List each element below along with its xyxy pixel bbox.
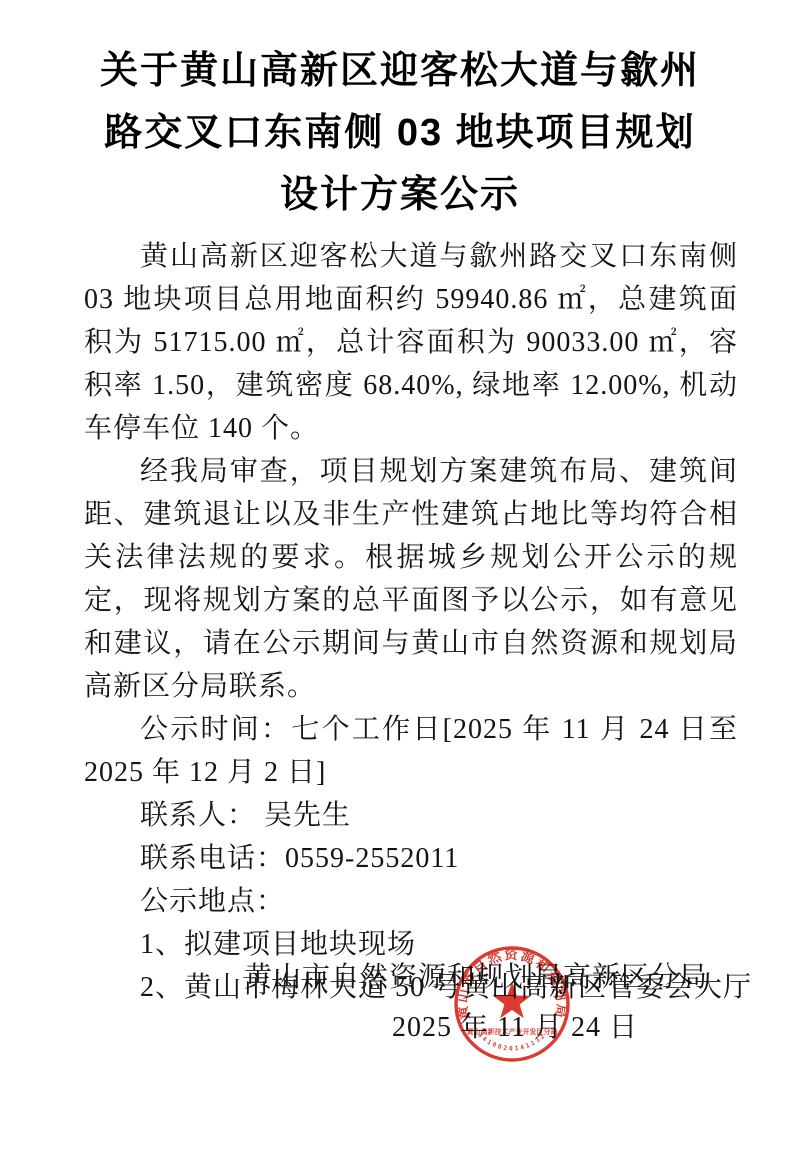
paragraph-review-statement: 经我局审查，项目规划方案建筑布局、建筑间距、建筑退让以及非生产性建筑占地比等均符… (84, 450, 738, 708)
contact-phone-line: 联系电话：0559-2552011 (84, 837, 738, 880)
notice-page: 关于黄山高新区迎客松大道与歙州 路交叉口东南侧 03 地块项目规划 设计方案公示… (0, 0, 800, 1167)
title-line-3: 设计方案公示 (0, 164, 800, 226)
signature-block: 黄山市自然资源和规划局高新区分局 2025 年 11 月 24 日 (0, 956, 800, 1049)
notice-title: 关于黄山高新区迎客松大道与歙州 路交叉口东南侧 03 地块项目规划 设计方案公示 (0, 40, 800, 226)
paragraph-publicity-period: 公示时间：七个工作日[2025 年 11 月 24 日至 2025 年 12 月… (84, 708, 738, 794)
signature-date: 2025 年 11 月 24 日 (0, 1006, 800, 1049)
title-line-1: 关于黄山高新区迎客松大道与歙州 (0, 40, 800, 102)
contact-person-line: 联系人： 吴先生 (84, 794, 738, 837)
locations-label-line: 公示地点： (84, 880, 738, 923)
title-line-2: 路交叉口东南侧 03 地块项目规划 (0, 102, 800, 164)
signature-org: 黄山市自然资源和规划局高新区分局 (0, 956, 800, 999)
paragraph-project-overview: 黄山高新区迎客松大道与歙州路交叉口东南侧 03 地块项目总用地面积约 59940… (84, 235, 738, 450)
notice-body: 黄山高新区迎客松大道与歙州路交叉口东南侧 03 地块项目总用地面积约 59940… (0, 235, 800, 1009)
